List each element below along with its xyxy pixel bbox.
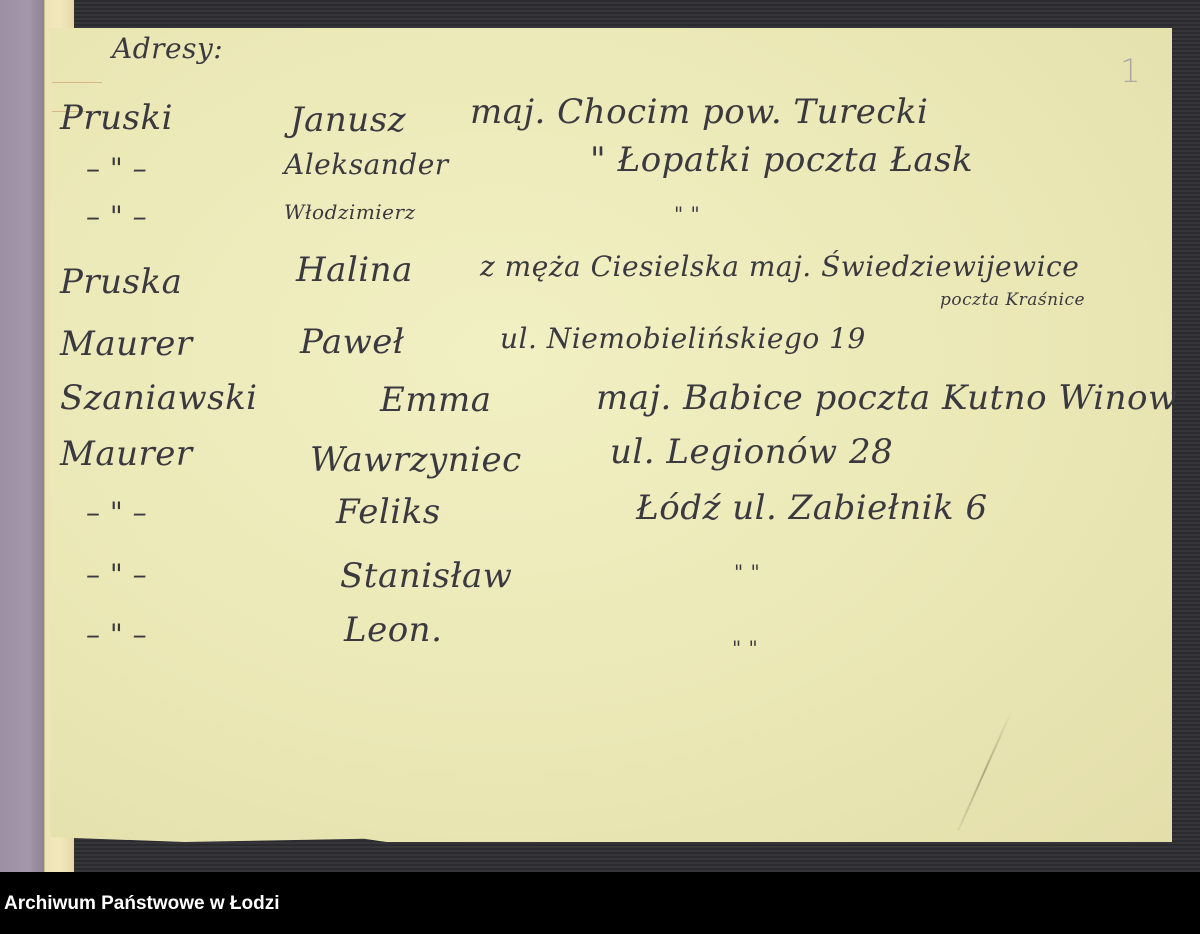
entry-given-name: Janusz bbox=[290, 100, 406, 140]
page-number: 1 bbox=[1120, 52, 1140, 90]
entry-address: " " bbox=[734, 560, 760, 584]
entry-address: " " bbox=[674, 202, 700, 226]
entry-surname: Szaniawski bbox=[60, 378, 258, 418]
entry-given-name: Paweł bbox=[300, 322, 404, 362]
entry-address: Łódź ul. Zabiełnik 6 bbox=[636, 488, 988, 528]
entry-given-name: Halina bbox=[296, 250, 413, 290]
entry-address: z męża Ciesielska maj. Świedziewijewice bbox=[480, 250, 1079, 283]
entry-address: " Łopatki poczta Łask bbox=[590, 140, 973, 180]
document-heading: Adresy: bbox=[112, 32, 223, 65]
entry-given-name: Leon. bbox=[344, 610, 442, 650]
entry-address: maj. Chocim pow. Turecki bbox=[470, 92, 928, 132]
entry-address-line2: poczta Kraśnice bbox=[940, 290, 1085, 310]
entry-surname: – " – bbox=[86, 152, 147, 185]
entry-surname: – " – bbox=[86, 618, 147, 651]
entry-address: ul. Legionów 28 bbox=[610, 432, 893, 472]
side-board bbox=[0, 0, 46, 872]
entry-surname: Maurer bbox=[60, 434, 193, 474]
entry-given-name: Feliks bbox=[336, 492, 441, 532]
entry-surname: Maurer bbox=[60, 324, 193, 364]
entry-surname: – " – bbox=[86, 200, 147, 233]
entry-given-name: Stanisław bbox=[340, 556, 512, 596]
entry-surname: – " – bbox=[86, 496, 147, 529]
archive-credit: Archiwum Państwowe w Łodzi bbox=[4, 893, 280, 915]
entry-given-name: Włodzimierz bbox=[284, 200, 416, 224]
entry-surname: Pruski bbox=[60, 98, 173, 138]
entry-given-name: Aleksander bbox=[284, 148, 449, 181]
entry-given-name: Wawrzyniec bbox=[310, 440, 522, 480]
entry-surname: – " – bbox=[86, 558, 147, 591]
entry-address: maj. Babice poczta Kutno Winow bbox=[596, 378, 1178, 418]
entry-given-name: Emma bbox=[380, 380, 492, 420]
entry-surname: Pruska bbox=[60, 262, 182, 302]
entry-address: ul. Niemobielińskiego 19 bbox=[500, 322, 866, 355]
entry-address: " " bbox=[732, 636, 758, 660]
